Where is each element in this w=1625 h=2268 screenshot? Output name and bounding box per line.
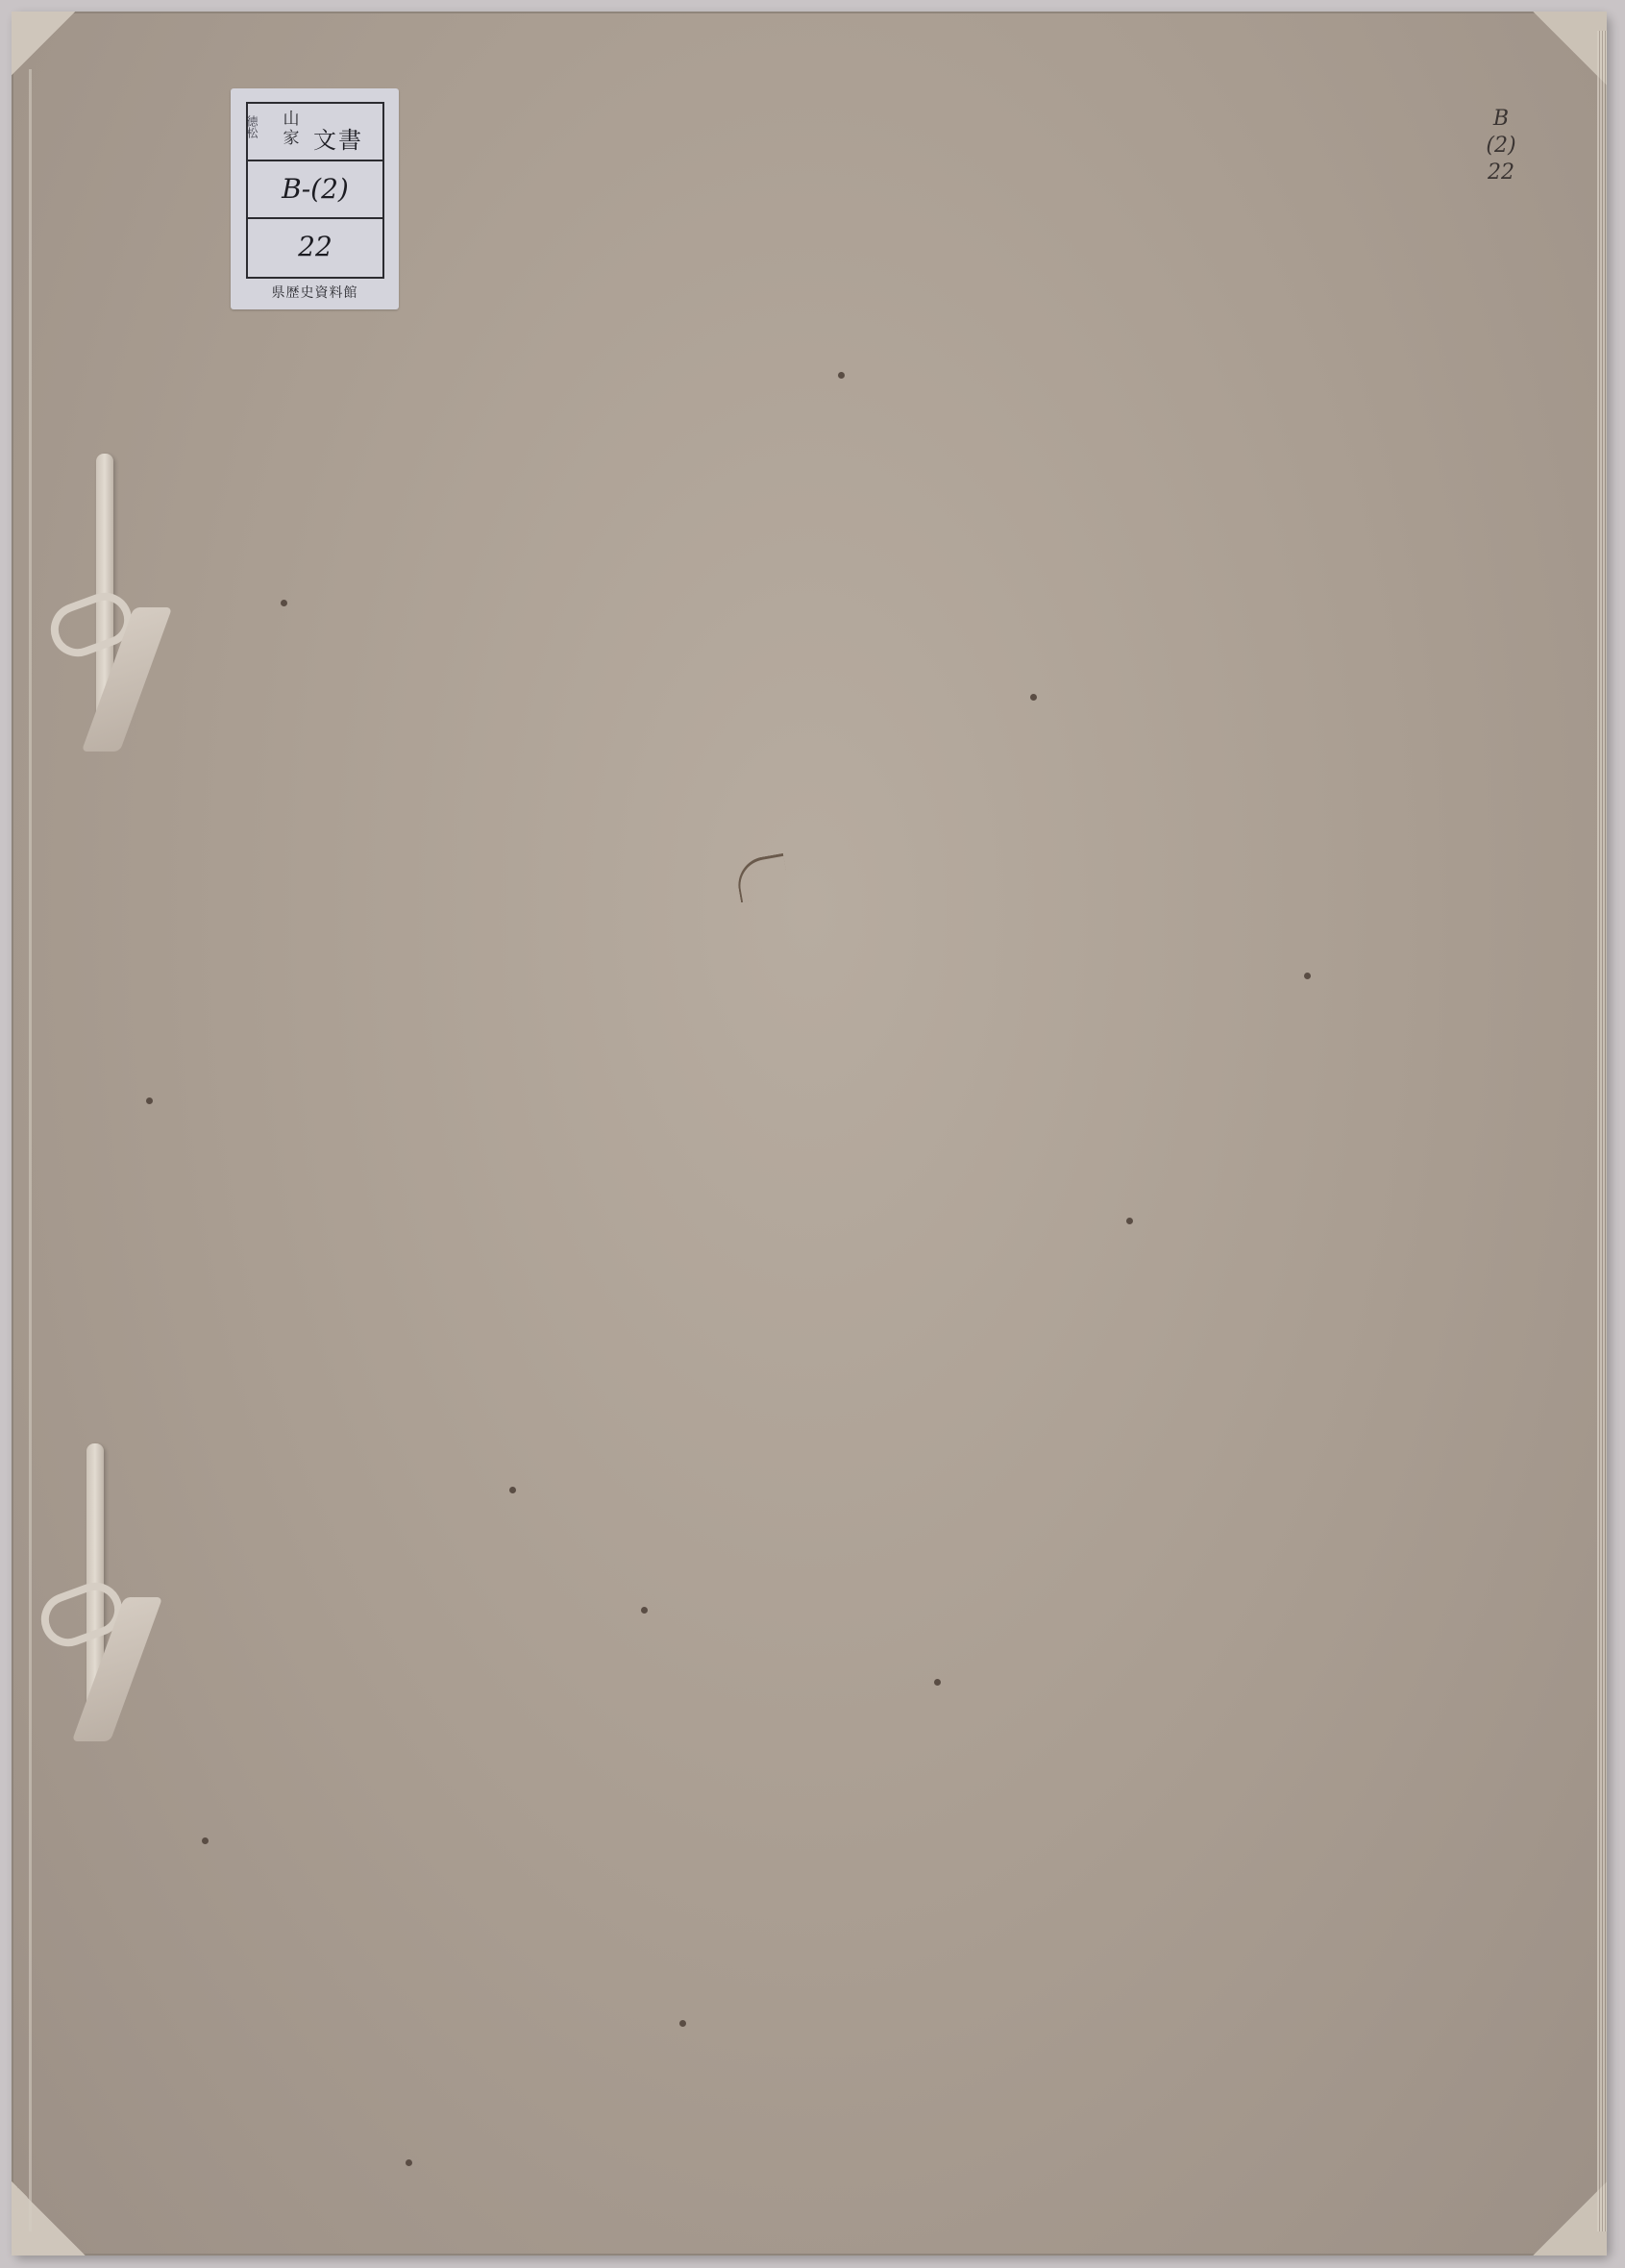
spine-fold (29, 69, 32, 2231)
page-edges (1597, 31, 1607, 2231)
folded-corner-bottom-left (12, 2150, 117, 2256)
wormhole-spot (202, 1837, 209, 1844)
binding-tie-lower (40, 1443, 136, 1732)
margin-note-line: B (1482, 106, 1520, 133)
surface-scratch (734, 853, 791, 902)
family-name: 山家 (283, 110, 300, 148)
document-cover: 徳松 山家 文書 Β-(2) 22 県歴史資料館 B (2) 22 (12, 12, 1607, 2256)
folded-corner-top-right (1501, 12, 1607, 117)
label-item-row: 22 (248, 219, 382, 275)
wormhole-spot (934, 1679, 941, 1686)
margin-note-line: 22 (1482, 160, 1520, 186)
wormhole-spot (1030, 694, 1037, 701)
wormhole-spot (146, 1097, 153, 1104)
wormhole-spot (1304, 973, 1311, 979)
label-series-row: Β-(2) (248, 161, 382, 219)
series-code: Β-(2) (248, 173, 382, 205)
binding-tie-upper (50, 454, 146, 742)
wormhole-spot (406, 2159, 412, 2166)
margin-note-line: (2) (1482, 133, 1520, 160)
handwritten-margin-note: B (2) 22 (1482, 106, 1520, 186)
folded-corner-top-left (12, 12, 117, 117)
item-number: 22 (248, 231, 382, 262)
label-frame: 徳松 山家 文書 Β-(2) 22 (246, 102, 384, 279)
documents-text: 文書 (313, 121, 363, 155)
collection-prefix: 徳松 (242, 115, 258, 138)
wormhole-spot (838, 372, 845, 379)
institution-name: 県歴史資料館 (231, 283, 399, 302)
folded-corner-bottom-right (1501, 2150, 1607, 2256)
label-title-row: 徳松 山家 文書 (248, 104, 382, 161)
wormhole-spot (679, 2020, 686, 2027)
wormhole-spot (641, 1607, 648, 1614)
wormhole-spot (509, 1487, 516, 1493)
catalog-label: 徳松 山家 文書 Β-(2) 22 県歴史資料館 (231, 88, 399, 309)
wormhole-spot (281, 600, 287, 606)
wormhole-spot (1126, 1218, 1133, 1224)
